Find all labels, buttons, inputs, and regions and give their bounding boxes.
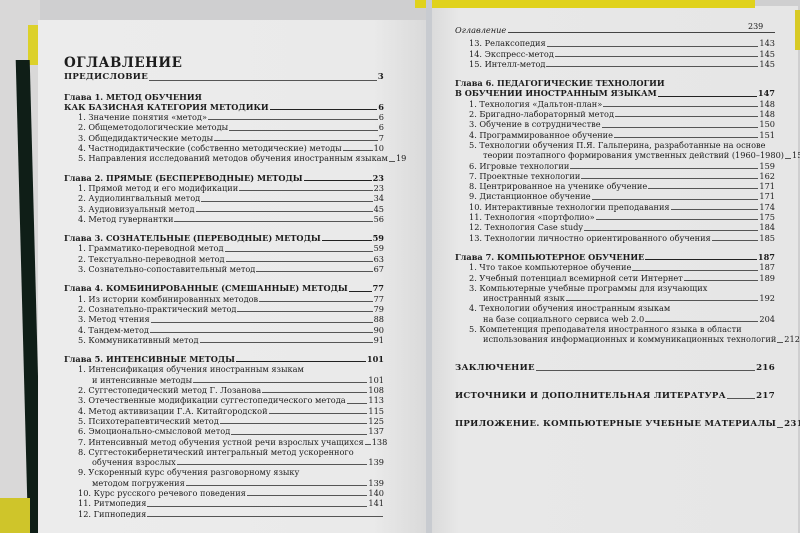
dot-leader [727,398,755,399]
toc-entry: 3. Общедидактические методы7 [64,133,384,143]
toc-entry: 3. Обучение в сотрудничестве150 [455,119,775,129]
spacer [455,401,775,410]
entry-page: 141 [368,498,384,508]
entry-title: 5. Психотерапевтический метод [78,416,219,426]
entry-page: 216 [756,363,775,373]
dot-leader [149,80,377,81]
toc-entry: 14. Экспресс-метод145 [455,49,775,59]
entry-page: 148 [759,109,775,119]
toc-entry: 2. Сознательно-практический метод79 [64,304,384,314]
dot-leader [262,392,367,393]
entry-title: 4. Метод активизации Г.А. Китайгородской [78,406,268,416]
toc-entry: 6. Эмоционально-смысловой метод137 [64,426,384,436]
entry-page: 23 [374,183,384,193]
toc-entry: 13. Релаксопедия143 [455,38,775,48]
dot-leader [777,342,783,343]
toc-entry: 3. Отечественные модификации суггестопед… [64,395,384,405]
chapter-heading: Глава 2. ПРЯМЫЕ (БЕСПЕРЕВОДНЫЕ) МЕТОДЫ23 [64,173,384,183]
entry-page: 108 [368,385,384,395]
dot-leader [304,180,372,181]
dot-leader [214,140,378,141]
toc-entry: 15. Интелл-метод145 [455,59,775,69]
dot-leader [365,444,371,445]
dot-leader [546,66,758,67]
toc-entry: 4. Тандем-метод90 [64,325,384,335]
entry-page: 3 [378,72,384,82]
entry-title: ПРЕДИСЛОВИЕ [64,72,148,82]
entry-page: 145 [759,49,775,59]
toc-entry: 1. Интенсификация обучения иностранным я… [64,364,384,374]
toc-entry-continued: методом погружения139 [64,478,384,488]
toc-entry: 7. Интенсивный метод обучения устной реч… [64,437,384,447]
entry-page: 139 [368,478,384,488]
entry-title: 9. Дистанционное обучение [469,191,591,201]
toc-entry: 4. Метод гувернантки56 [64,214,384,224]
entry-title: 3. Метод чтения [78,314,150,324]
dot-leader [208,119,378,120]
dot-leader [684,280,759,281]
entry-page: 156 [792,150,800,160]
spacer [455,373,775,382]
entry-title: 4. Метод гувернантки [78,214,173,224]
toc-entry: 6. Игровые технологии159 [455,161,775,171]
entry-title: 1. Грамматико-переводной метод [78,243,224,253]
entry-page: 56 [374,214,384,224]
toc-entry: 4. Частнодидактические (собственно метод… [64,143,384,153]
entry-page: 115 [368,406,384,416]
entry-title: использования информационных и коммуника… [483,334,776,344]
toc-right-column: Оглавление13. Релаксопедия14314. Экспрес… [455,25,775,430]
toc-entry: 9. Дистанционное обучение171 [455,191,775,201]
toc-entry: 1. Грамматико-переводной метод59 [64,243,384,253]
entry-title: 10. Интерактивные технологии преподавани… [469,202,670,212]
entry-title: 7. Проектные технологии [469,171,580,181]
entry-page: 138 [372,437,388,447]
entry-title: 6. Эмоционально-смысловой метод [78,426,230,436]
toc-entry: 9. Ускоренный курс обучения разговорному… [64,467,384,477]
dot-leader [201,201,372,202]
entry-page: 151 [759,130,775,140]
toc-entry: 7. Проектные технологии162 [455,171,775,181]
dot-leader [777,427,783,428]
toc-entry: 3. Компьютерные учебные программы для из… [455,283,775,293]
entry-title: на базе социального сервиса web 2.0 [483,314,644,324]
entry-page: 63 [374,254,384,264]
entry-page: 91 [374,335,384,345]
dot-leader [236,361,366,362]
entry-title: Глава 2. ПРЯМЫЕ (БЕСПЕРЕВОДНЫЕ) МЕТОДЫ [64,173,303,183]
dot-leader [174,221,372,222]
entry-title: 2. Учебный потенциал всемирной сети Инте… [469,273,683,283]
entry-page: 147 [758,88,775,98]
toc-entry: 5. Технологии обучения П.Я. Гальперина, … [455,140,775,150]
spacer [64,224,384,233]
back-matter-entry: ЗАКЛЮЧЕНИЕ216 [455,363,775,373]
dot-leader [555,56,759,57]
toc-entry: 4. Метод активизации Г.А. Китайгородской… [64,406,384,416]
chapter-heading: Глава 5. ИНТЕНСИВНЫЕ МЕТОДЫ101 [64,354,384,364]
chapter-heading: Глава 7. КОМПЬЮТЕРНОЕ ОБУЧЕНИЕ187 [455,252,775,262]
spacer [455,382,775,391]
entry-title: ЗАКЛЮЧЕНИЕ [455,363,535,373]
entry-title: 6. Игровые технологии [469,161,569,171]
chapter-heading: Глава 6. ПЕДАГОГИЧЕСКИЕ ТЕХНОЛОГИИ [455,78,775,88]
entry-title: теории поэтапного формирования умственны… [483,150,784,160]
toc-entry: 4. Программированное обучение151 [455,130,775,140]
entry-page: 189 [759,273,775,283]
entry-page: 159 [759,161,775,171]
toc-entry: 5. Психотерапевтический метод125 [64,416,384,426]
entry-title: 1. Из истории комбинированных методов [78,294,258,304]
entry-page: 162 [759,171,775,181]
dot-leader [547,46,759,47]
entry-title: 14. Экспресс-метод [469,49,554,59]
entry-title: ПРИЛОЖЕНИЕ. КОМПЬЮТЕРНЫЕ УЧЕБНЫЕ МАТЕРИА… [455,419,776,429]
toc-entry: 2. Текстуально-переводной метод63 [64,254,384,264]
dot-leader [536,370,755,371]
entry-page: 101 [368,375,384,385]
dot-leader [229,130,378,131]
entry-page: 185 [759,233,775,243]
entry-title: обучения взрослых [92,457,176,467]
entry-title: КАК БАЗИСНАЯ КАТЕГОРИЯ МЕТОДИКИ [64,102,269,112]
entry-title: иностранный язык [483,293,565,303]
toc-entry: 3. Аудиовизуальный метод45 [64,204,384,214]
dot-leader [231,434,367,435]
toc-entry: 8. Центрированное на ученике обучение171 [455,181,775,191]
dot-leader [347,403,368,404]
dot-leader [322,240,372,241]
entry-title: 10. Курс русского речевого поведения [78,488,246,498]
entry-page: 139 [368,457,384,467]
dot-leader [225,251,373,252]
entry-title: и интенсивные методы [92,375,192,385]
toc-entry: 1. Технология «Дальтон-план»148 [455,99,775,109]
entry-title: 2. Бригадно-лабораторный метод [469,109,614,119]
dot-leader [196,211,373,212]
toc-entry: 10. Курс русского речевого поведения140 [64,488,384,498]
running-head: Оглавление [455,25,775,35]
entry-page: 67 [374,264,384,274]
toc-entry: 12. Гипнопедия [64,509,384,519]
dot-leader [615,116,758,117]
entry-page: 187 [759,262,775,272]
entry-title: 13. Технологии личностно ориентированног… [469,233,711,243]
entry-page: 204 [759,314,775,324]
entry-title: Глава 5. ИНТЕНСИВНЫЕ МЕТОДЫ [64,354,235,364]
entry-page: 192 [759,293,775,303]
entry-page: 19 [396,153,406,163]
dot-leader [237,311,372,312]
entry-page: 137 [368,426,384,436]
entry-title: Глава 4. КОМБИНИРОВАННЫЕ (СМЕШАННЫЕ) МЕТ… [64,283,348,293]
entry-page: 184 [759,222,775,232]
toc-entry: 2. Аудиолингвальный метод34 [64,193,384,203]
entry-page: 150 [759,119,775,129]
dot-leader [566,300,759,301]
preface-entry: ПРЕДИСЛОВИЕ3 [64,72,384,82]
back-matter-entry: ПРИЛОЖЕНИЕ. КОМПЬЮТЕРНЫЕ УЧЕБНЫЕ МАТЕРИА… [455,419,775,429]
spacer [455,69,775,78]
entry-page: 171 [759,191,775,201]
toc-entry: 3. Метод чтения88 [64,314,384,324]
dot-leader [596,219,759,220]
dot-leader [147,516,383,517]
entry-page: 6 [379,122,384,132]
book-cover-yellow-right [795,10,800,50]
entry-title: 4. Программированное обучение [469,130,613,140]
chapter-heading-line2: В ОБУЧЕНИИ ИНОСТРАННЫМ ЯЗЫКАМ147 [455,88,775,98]
entry-page: 23 [373,173,384,183]
toc-entry: 1. Прямой метод и его модификации23 [64,183,384,193]
toc-entry: 1. Значение понятия «метод»6 [64,112,384,122]
dot-leader [570,168,758,169]
chapter-heading: Глава 4. КОМБИНИРОВАННЫЕ (СМЕШАННЫЕ) МЕТ… [64,283,384,293]
toc-entry: 10. Интерактивные технологии преподавани… [455,202,775,212]
dot-leader [177,464,368,465]
running-head-title: Оглавление [455,25,506,35]
entry-title: 8. Центрированное на ученике обучение [469,181,647,191]
entry-title: ИСТОЧНИКИ И ДОПОЛНИТЕЛЬНАЯ ЛИТЕРАТУРА [455,391,726,401]
entry-page: 143 [759,38,775,48]
toc-entry-continued: использования информационных и коммуника… [455,334,775,344]
entry-title: 12. Гипнопедия [78,509,146,519]
spacer [64,164,384,173]
entry-title: 2. Суггестопедический метод Г. Лозанова [78,385,261,395]
toc-entry: 8. Суггестокибернетический интегральный … [64,447,384,457]
dot-leader [712,240,759,241]
dot-leader [785,158,791,159]
dot-leader [389,161,395,162]
toc-entry-continued: теории поэтапного формирования умственны… [455,150,775,160]
spacer [455,410,775,419]
toc-entry: 2. Учебный потенциал всемирной сети Инте… [455,273,775,283]
entry-title: 2. Текстуально-переводной метод [78,254,225,264]
entry-page: 79 [374,304,384,314]
dot-leader [648,188,758,189]
dot-leader [239,190,372,191]
book-spine [426,0,432,533]
entry-page: 217 [756,391,775,401]
toc-entry: 2. Суггестопедический метод Г. Лозанова1… [64,385,384,395]
toc-entry-continued: обучения взрослых139 [64,457,384,467]
dot-leader [592,199,759,200]
entry-title: 2. Сознательно-практический метод [78,304,236,314]
toc-entry: 1. Из истории комбинированных методов77 [64,294,384,304]
toc-entry: 3. Сознательно-сопоставительный метод67 [64,264,384,274]
entry-title: 5. Направления исследований методов обуч… [78,153,388,163]
dot-leader [270,109,378,110]
entry-title: Глава 7. КОМПЬЮТЕРНОЕ ОБУЧЕНИЕ [455,252,644,262]
entry-page: 6 [379,112,384,122]
entry-page: 125 [368,416,384,426]
dot-leader [658,96,757,97]
dot-leader [186,485,368,486]
dot-leader [269,413,368,414]
toc-entry: 13. Технологии личностно ориентированног… [455,233,775,243]
dot-leader [259,301,372,302]
dot-leader [247,495,368,496]
back-matter-entry: ИСТОЧНИКИ И ДОПОЛНИТЕЛЬНАЯ ЛИТЕРАТУРА217 [455,391,775,401]
entry-page: 174 [759,202,775,212]
chapter-heading: Глава 1. МЕТОД ОБУЧЕНИЯ [64,92,384,102]
entry-page: 148 [759,99,775,109]
entry-title: 1. Что такое компьютерное обучение [469,262,631,272]
dot-leader [193,382,367,383]
toc-entry: 11. Ритмопедия141 [64,498,384,508]
entry-page: 59 [374,243,384,253]
chapter-heading: Глава 3. СОЗНАТЕЛЬНЫЕ (ПЕРЕВОДНЫЕ) МЕТОД… [64,233,384,243]
entry-title: 1. Прямой метод и его модификации [78,183,238,193]
entry-page: 77 [373,283,384,293]
dot-leader [614,137,758,138]
dot-leader [151,322,373,323]
dot-leader [200,342,373,343]
entry-page: 145 [759,59,775,69]
entry-page: 187 [758,252,775,262]
entry-page: 6 [378,102,384,112]
toc-left-column: ОГЛАВЛЕНИЕПРЕДИСЛОВИЕ3Глава 1. МЕТОД ОБУ… [64,58,384,519]
spacer [455,354,775,363]
spacer [455,243,775,252]
toc-entry: 12. Технология Case study184 [455,222,775,232]
book-cover-yellow-top [415,0,755,8]
spacer [455,345,775,354]
toc-entry: 11. Технология «портфолио»175 [455,212,775,222]
dot-leader [150,332,373,333]
entry-page: 10 [374,143,384,153]
chapter-heading-line2: КАК БАЗИСНАЯ КАТЕГОРИЯ МЕТОДИКИ6 [64,102,384,112]
entry-page: 140 [368,488,384,498]
entry-title: 4. Тандем-метод [78,325,149,335]
entry-title: 11. Ритмопедия [78,498,146,508]
toc-entry: 5. Коммуникативный метод91 [64,335,384,345]
entry-title: 3. Общедидактические методы [78,133,213,143]
dot-leader [645,321,758,322]
entry-page: 34 [374,193,384,203]
entry-title: 15. Интелл-метод [469,59,545,69]
dot-leader [581,178,758,179]
entry-title: 3. Обучение в сотрудничестве [469,119,601,129]
dot-leader [671,209,759,210]
entry-title: методом погружения [92,478,185,488]
dot-leader [256,271,372,272]
dot-leader [226,261,373,262]
toc-entry: 2. Бригадно-лабораторный метод148 [455,109,775,119]
entry-page: 45 [374,204,384,214]
toc-entry-continued: и интенсивные методы101 [64,375,384,385]
toc-entry: 2. Общеметодологические методы6 [64,122,384,132]
toc-entry-continued: иностранный язык192 [455,293,775,303]
toc-entry: 5. Компетенция преподавателя иностранног… [455,324,775,334]
dot-leader [147,506,367,507]
entry-page: 7 [379,133,384,143]
entry-page: 59 [373,233,384,243]
entry-title: Глава 3. СОЗНАТЕЛЬНЫЕ (ПЕРЕВОДНЫЕ) МЕТОД… [64,233,321,243]
book-cover-yellow-corner [0,498,30,533]
toc-entry: 5. Направления исследований методов обуч… [64,153,384,163]
entry-title: 4. Частнодидактические (собственно метод… [78,143,342,153]
dot-leader [645,259,757,260]
spacer [64,274,384,283]
entry-page: 77 [374,294,384,304]
entry-title: 1. Технология «Дальтон-план» [469,99,602,109]
entry-title: 11. Технология «портфолио» [469,212,595,222]
entry-title: 3. Аудиовизуальный метод [78,204,195,214]
entry-page: 90 [374,325,384,335]
entry-page: 171 [759,181,775,191]
entry-title: 5. Коммуникативный метод [78,335,199,345]
entry-title: 3. Отечественные модификации суггестопед… [78,395,346,405]
entry-title: 7. Интенсивный метод обучения устной реч… [78,437,364,447]
dot-leader [584,230,758,231]
running-head-rule [508,32,775,33]
toc-entry-continued: на базе социального сервиса web 2.0204 [455,314,775,324]
dot-leader [349,291,372,292]
dot-leader [220,423,368,424]
spacer [64,345,384,354]
entry-title: В ОБУЧЕНИИ ИНОСТРАННЫМ ЯЗЫКАМ [455,88,657,98]
entry-title: 12. Технология Case study [469,222,583,232]
dot-leader [602,127,759,128]
entry-title: 13. Релаксопедия [469,38,546,48]
entry-title: 1. Значение понятия «метод» [78,112,207,122]
toc-entry: 4. Технологии обучения иностранным языка… [455,303,775,313]
toc-entry: 1. Что такое компьютерное обучение187 [455,262,775,272]
entry-title: 2. Аудиолингвальный метод [78,193,200,203]
spacer [64,83,384,92]
entry-page: 88 [374,314,384,324]
entry-title: 2. Общеметодологические методы [78,122,228,132]
dot-leader [632,270,758,271]
dot-leader [603,106,758,107]
entry-page: 231 [784,419,800,429]
entry-page: 113 [368,395,384,405]
entry-page: 212 [784,334,800,344]
entry-title: 3. Сознательно-сопоставительный метод [78,264,255,274]
dot-leader [343,150,373,151]
toc-title: ОГЛАВЛЕНИЕ [64,58,384,68]
entry-page: 175 [759,212,775,222]
entry-page: 101 [367,354,384,364]
